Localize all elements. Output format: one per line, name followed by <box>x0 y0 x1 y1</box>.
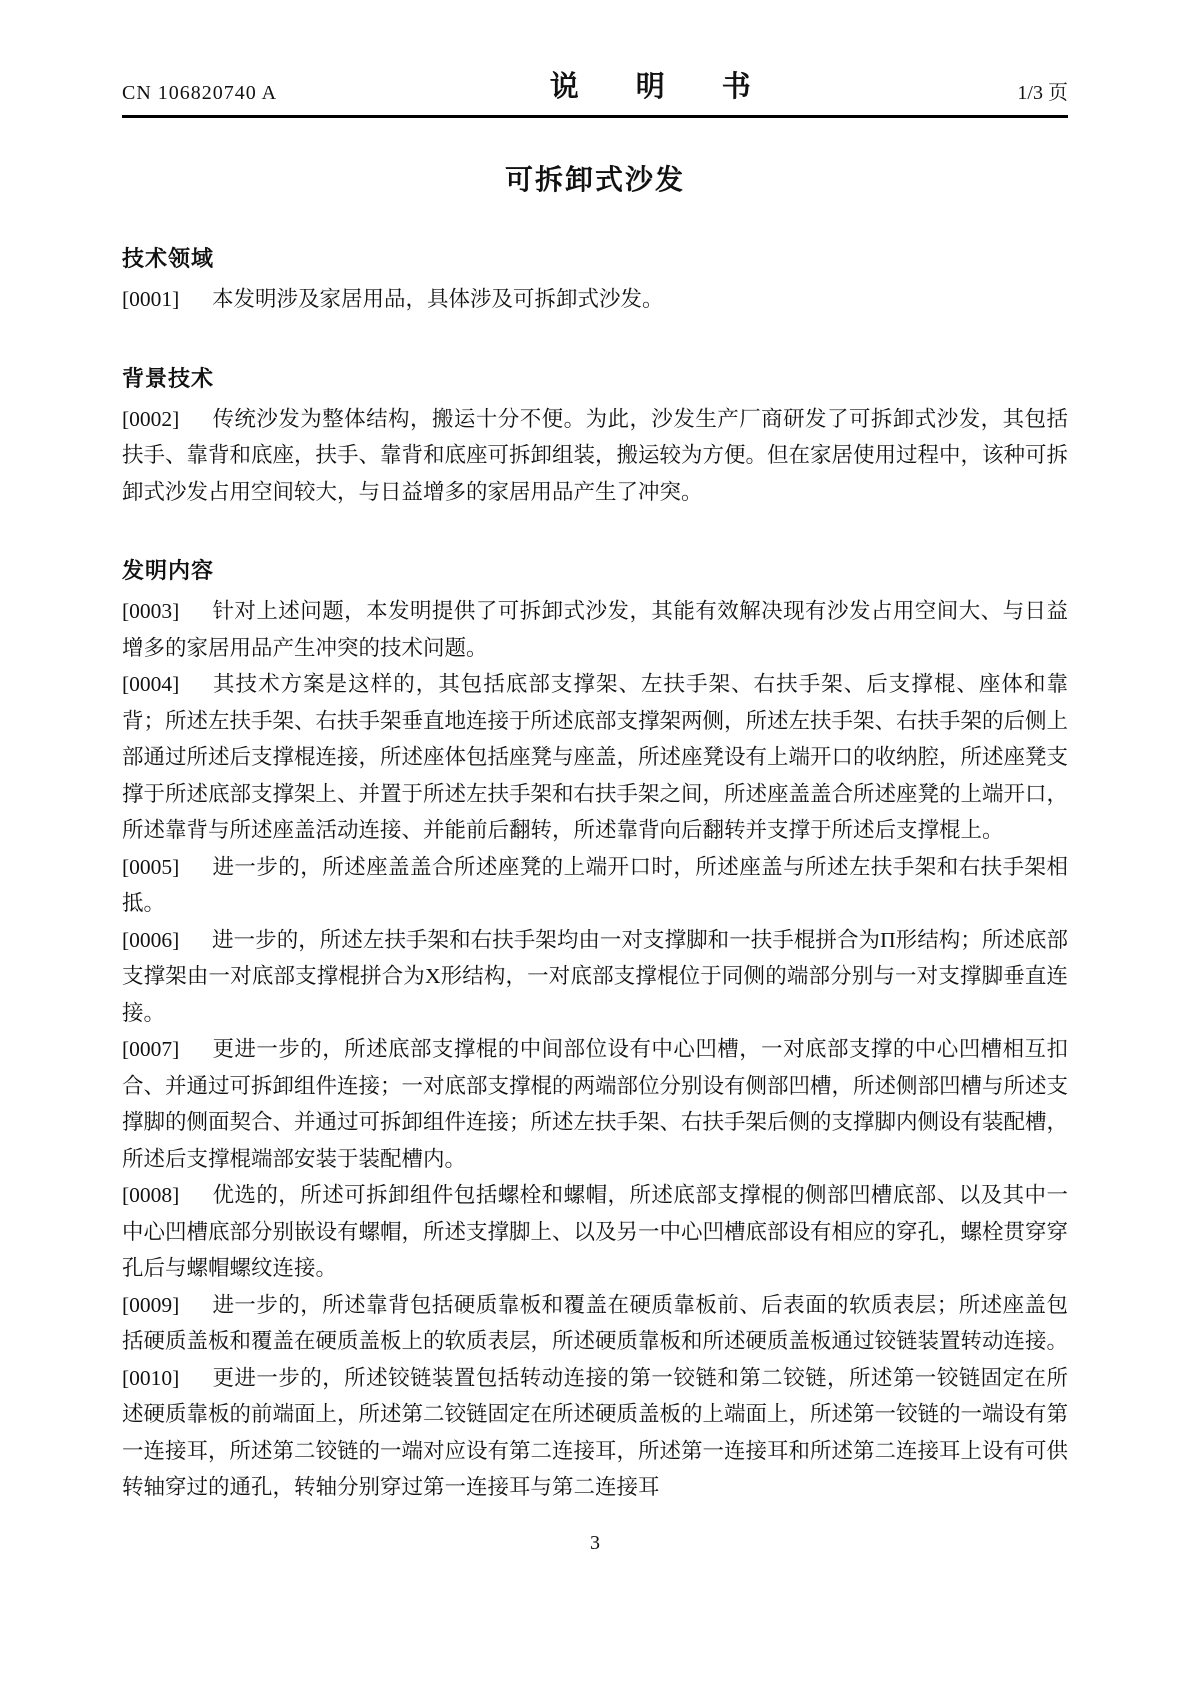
paragraph: [0009]进一步的，所述靠背包括硬质靠板和覆盖在硬质靠板前、后表面的软质表层；… <box>122 1287 1068 1360</box>
section-heading: 发明内容 <box>122 554 1068 585</box>
section-heading: 技术领域 <box>122 242 1068 273</box>
paragraph: [0010]更进一步的，所述铰链装置包括转动连接的第一铰链和第二铰链，所述第一铰… <box>122 1360 1068 1506</box>
patent-page: CN 106820740 A 说 明 书 1/3 页 可拆卸式沙发 技术领域[0… <box>0 0 1190 1684</box>
paragraph-text: 更进一步的，所述底部支撑棍的中间部位设有中心凹槽，一对底部支撑的中心凹槽相互扣合… <box>122 1037 1068 1171</box>
paragraph: [0003]针对上述问题，本发明提供了可拆卸式沙发，其能有效解决现有沙发占用空间… <box>122 593 1068 666</box>
paragraph-number: [0003] <box>122 593 212 630</box>
paragraph: [0005]进一步的，所述座盖盖合所述座凳的上端开口时，所述座盖与所述左扶手架和… <box>122 849 1068 922</box>
document-number: CN 106820740 A <box>122 82 277 105</box>
document-type-label: 说 明 书 <box>550 64 765 105</box>
paragraph-text: 针对上述问题，本发明提供了可拆卸式沙发，其能有效解决现有沙发占用空间大、与日益增… <box>122 599 1068 660</box>
paragraph: [0007]更进一步的，所述底部支撑棍的中间部位设有中心凹槽，一对底部支撑的中心… <box>122 1031 1068 1177</box>
paragraph: [0006]进一步的，所述左扶手架和右扶手架均由一对支撑脚和一扶手棍拼合为Π形结… <box>122 922 1068 1032</box>
paragraph-text: 进一步的，所述左扶手架和右扶手架均由一对支撑脚和一扶手棍拼合为Π形结构；所述底部… <box>122 928 1068 1025</box>
paragraph-text: 其技术方案是这样的，其包括底部支撑架、左扶手架、右扶手架、后支撑棍、座体和靠背；… <box>122 672 1068 842</box>
paragraph-text: 本发明涉及家居用品，具体涉及可拆卸式沙发。 <box>212 287 664 311</box>
invention-title: 可拆卸式沙发 <box>122 158 1068 198</box>
paragraph-number: [0010] <box>122 1360 212 1397</box>
page-indicator: 1/3 页 <box>1017 76 1068 105</box>
paragraph-text: 进一步的，所述靠背包括硬质靠板和覆盖在硬质靠板前、后表面的软质表层；所述座盖包括… <box>122 1293 1068 1354</box>
paragraph: [0008]优选的，所述可拆卸组件包括螺栓和螺帽，所述底部支撑棍的侧部凹槽底部、… <box>122 1177 1068 1287</box>
paragraph-text: 更进一步的，所述铰链装置包括转动连接的第一铰链和第二铰链，所述第一铰链固定在所述… <box>122 1366 1068 1500</box>
paragraph-number: [0004] <box>122 666 212 703</box>
paragraph-number: [0002] <box>122 401 212 438</box>
section-heading: 背景技术 <box>122 362 1068 393</box>
paragraph: [0002]传统沙发为整体结构，搬运十分不便。为此，沙发生产厂商研发了可拆卸式沙… <box>122 401 1068 511</box>
paragraph: [0004]其技术方案是这样的，其包括底部支撑架、左扶手架、右扶手架、后支撑棍、… <box>122 666 1068 849</box>
page-header: CN 106820740 A 说 明 书 1/3 页 <box>122 64 1068 118</box>
paragraph-number: [0006] <box>122 922 212 959</box>
paragraph-number: [0008] <box>122 1177 212 1214</box>
paragraph-text: 传统沙发为整体结构，搬运十分不便。为此，沙发生产厂商研发了可拆卸式沙发，其包括扶… <box>122 407 1068 504</box>
paragraph-number: [0007] <box>122 1031 212 1068</box>
paragraph-number: [0001] <box>122 281 212 318</box>
paragraph-text: 进一步的，所述座盖盖合所述座凳的上端开口时，所述座盖与所述左扶手架和右扶手架相抵… <box>122 855 1068 916</box>
page-number: 3 <box>590 1532 600 1554</box>
paragraph-text: 优选的，所述可拆卸组件包括螺栓和螺帽，所述底部支撑棍的侧部凹槽底部、以及其中一中… <box>122 1183 1068 1280</box>
paragraph-number: [0009] <box>122 1287 212 1324</box>
document-body: 技术领域[0001]本发明涉及家居用品，具体涉及可拆卸式沙发。背景技术[0002… <box>122 242 1068 1506</box>
paragraph: [0001]本发明涉及家居用品，具体涉及可拆卸式沙发。 <box>122 281 1068 318</box>
paragraph-number: [0005] <box>122 849 212 886</box>
